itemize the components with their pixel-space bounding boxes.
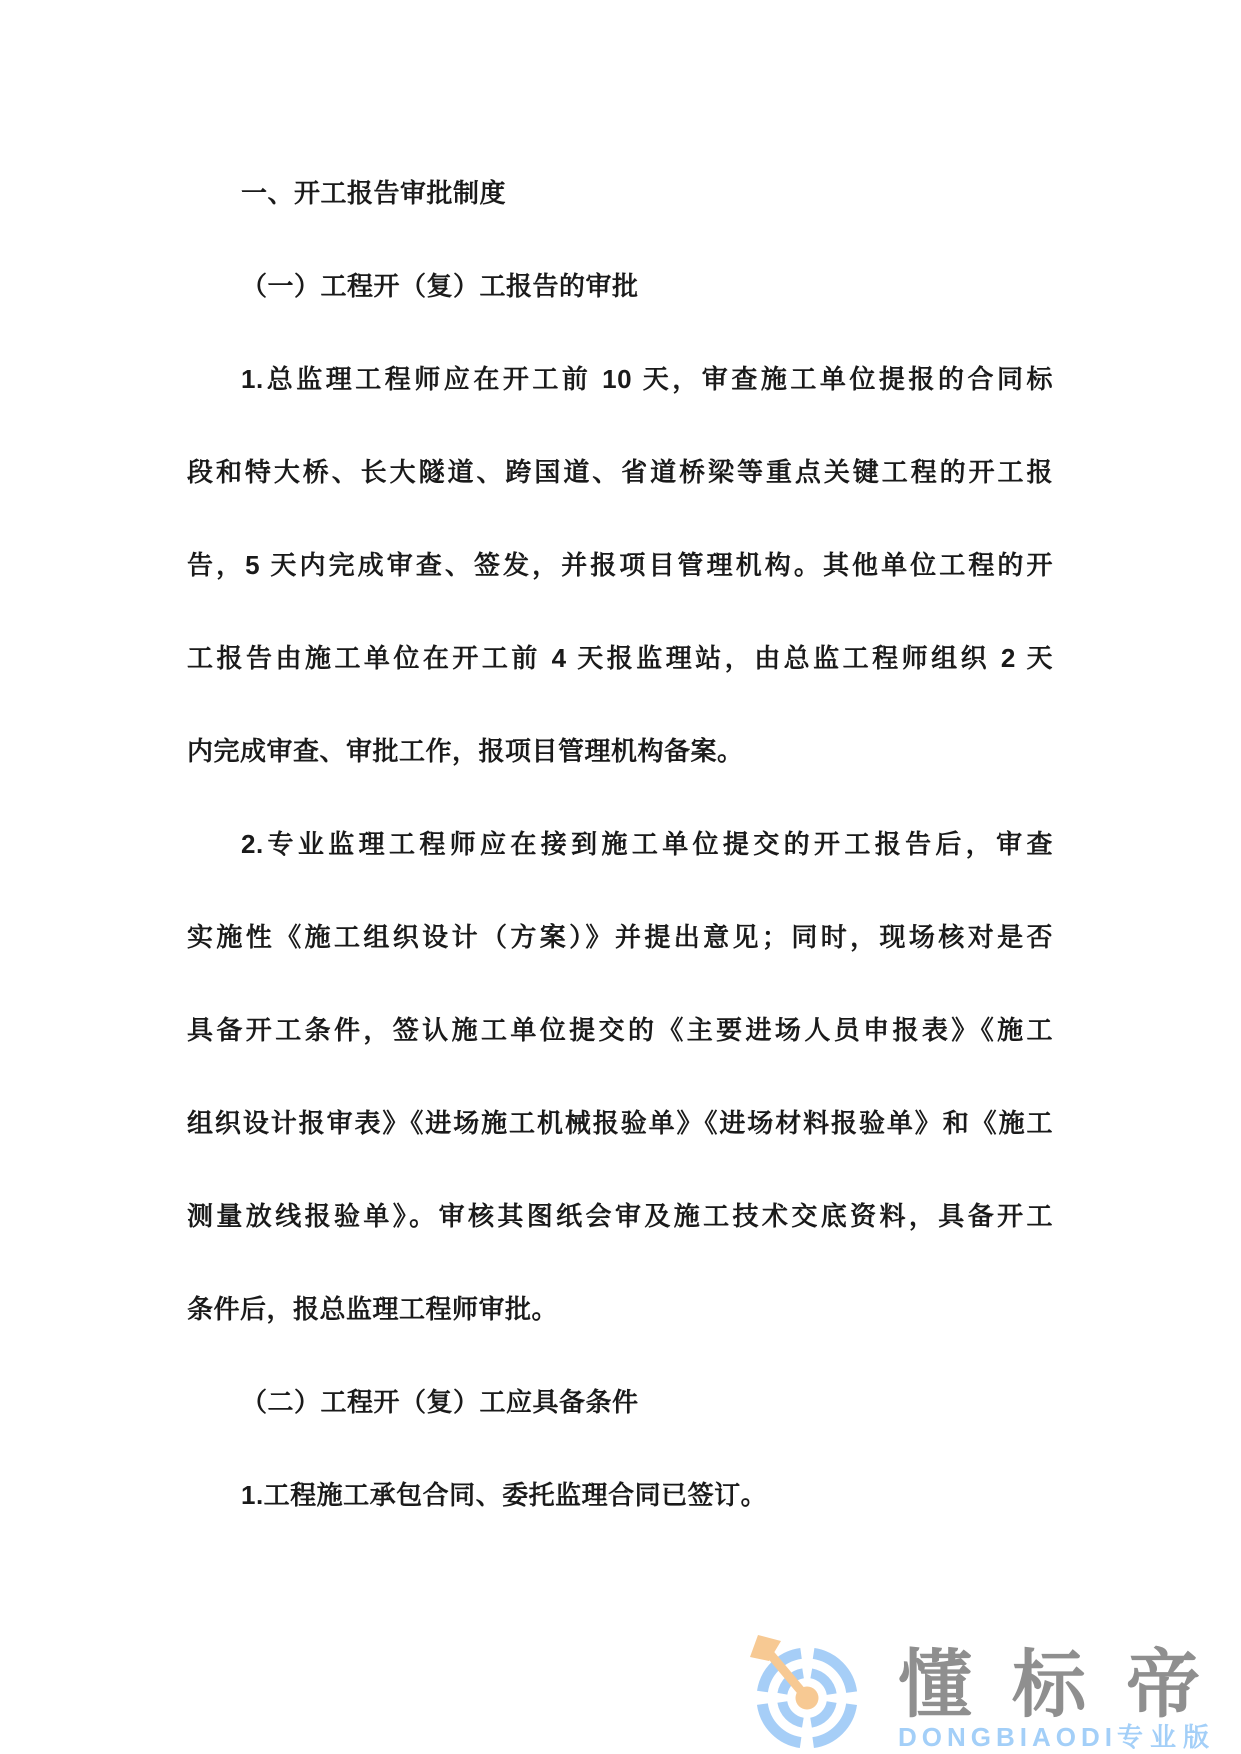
doc-line-7: 内完成审查、审批工作，报项目管理机构备案。 [187,705,1053,798]
doc-line-12: 测量放线报验单》。审核其图纸会审及施工技术交底资料，具备开工 [187,1170,1053,1263]
watermark-brand-latin: DONGBIAODI [898,1722,1117,1752]
dartboard-target-with-dart-icon [745,1630,870,1754]
target-inner-ring [782,1673,832,1723]
doc-line-13: 条件后，报总监理工程师审批。 [187,1263,1053,1356]
doc-line-8: 2.专业监理工程师应在接到施工单位提交的开工报告后，审查 [187,798,1053,891]
doc-line-9: 实施性《施工组织设计（方案）》并提出意见；同时，现场核对是否 [187,891,1053,984]
document-body: 一、开工报告审批制度 （一）工程开（复）工报告的审批 1.总监理工程师应在开工前… [187,147,1053,1542]
doc-line-6: 工报告由施工单位在开工前 4 天报监理站，由总监工程师组织 2 天 [187,612,1053,705]
dart-head [796,1687,819,1710]
watermark-brand-subtitle: DONGBIAODI专业版 [898,1724,1216,1750]
dart-shaft [765,1648,807,1698]
watermark-edition-label: 专业版 [1117,1722,1216,1752]
doc-line-1: 一、开工报告审批制度 [187,147,1053,240]
watermark-brand-name: 懂标帝 [898,1648,1240,1722]
document-page: 一、开工报告审批制度 （一）工程开（复）工报告的审批 1.总监理工程师应在开工前… [0,0,1241,1754]
doc-line-14: （二）工程开（复）工应具备条件 [187,1356,1053,1449]
target-outer-ring [762,1653,852,1743]
doc-line-3: 1.总监理工程师应在开工前 10 天，审查施工单位提报的合同标 [187,333,1053,426]
dart-fletching [750,1635,781,1661]
doc-line-11: 组织设计报审表》《进场施工机械报验单》《进场材料报验单》和《施工 [187,1077,1053,1170]
doc-line-5: 告，5 天内完成审查、签发，并报项目管理机构。其他单位工程的开 [187,519,1053,612]
doc-line-15: 1.工程施工承包合同、委托监理合同已签订。 [187,1449,1053,1542]
doc-line-2: （一）工程开（复）工报告的审批 [187,240,1053,333]
doc-line-4: 段和特大桥、长大隧道、跨国道、省道桥梁等重点关键工程的开工报 [187,426,1053,519]
doc-line-10: 具备开工条件，签认施工单位提交的《主要进场人员申报表》《施工 [187,984,1053,1077]
